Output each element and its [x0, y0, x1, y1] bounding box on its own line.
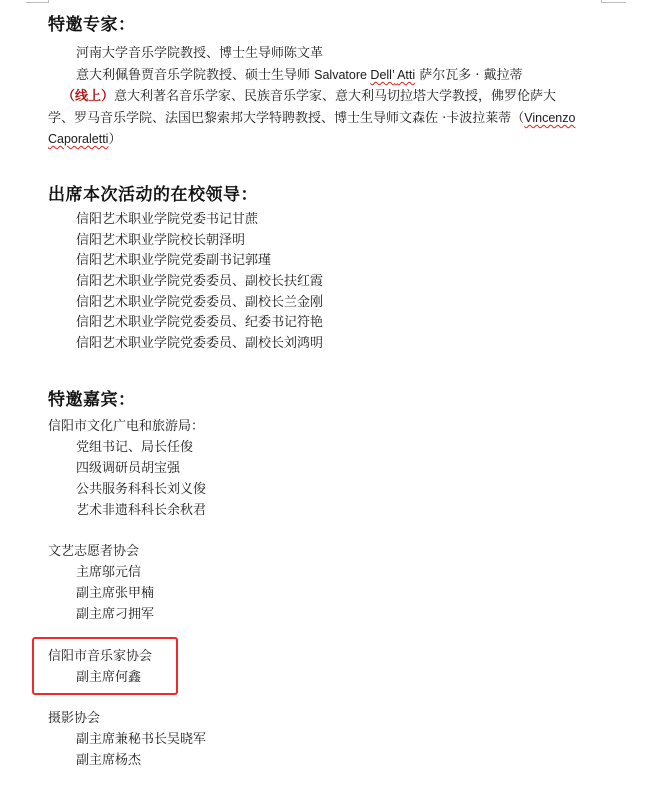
leaders-heading: 出席本次活动的在校领导： — [48, 180, 258, 205]
page-margin-mark-right — [601, 0, 626, 3]
guest-member: 党组书记、局长任俊 — [76, 439, 193, 457]
expert-line: 河南大学音乐学院教授、博士生导师陈文革 — [76, 45, 323, 63]
leader-item: 信阳艺术职业学院党委委员、副校长刘鸿明 — [76, 335, 323, 353]
expert-text: 意大利佩鲁贾音乐学院教授、硕士生导师 — [76, 68, 314, 83]
guest-member: 副主席兼秘书长吴晓军 — [76, 731, 206, 749]
guest-member: 副主席刁拥军 — [76, 606, 154, 624]
leader-item: 信阳艺术职业学院党委书记甘蔗 — [76, 211, 258, 229]
guest-member: 副主席杨杰 — [76, 752, 141, 770]
expert-line: 意大利佩鲁贾音乐学院教授、硕士生导师 Salvatore Dell’ Atti … — [76, 66, 523, 85]
leader-item: 信阳艺术职业学院党委委员、副校长扶红霞 — [76, 273, 323, 291]
guest-member: 四级调研员胡宝强 — [76, 460, 180, 478]
page-margin-mark-left — [26, 0, 49, 3]
guest-org: 摄影协会 — [48, 710, 100, 728]
experts-heading: 特邀专家： — [48, 10, 136, 35]
leader-item: 信阳艺术职业学院校长朝泽明 — [76, 232, 245, 250]
leader-item: 信阳艺术职业学院党委委员、纪委书记符艳 — [76, 314, 323, 332]
guests-heading: 特邀嘉宾： — [48, 385, 136, 410]
guest-member: 主席邬元信 — [76, 564, 141, 582]
expert-line: Caporaletti） — [48, 130, 121, 149]
guest-org: 信阳市文化广电和旅游局： — [48, 418, 204, 436]
latin-name-spellcheck: Atti — [397, 68, 415, 82]
guest-org: 文艺志愿者协会 — [48, 543, 139, 561]
guest-member: 副主席张甲楠 — [76, 585, 154, 603]
guest-member: 副主席何鑫 — [76, 669, 141, 687]
online-tag: （线上） — [62, 89, 114, 104]
expert-line: 学、罗马音乐学院、法国巴黎索邦大学特聘教授、博士生导师文森佐 ·卡波拉莱蒂（Vi… — [48, 109, 575, 128]
guest-member: 艺术非遗科科长余秋君 — [76, 502, 206, 520]
leader-item: 信阳艺术职业学院党委副书记郭瑾 — [76, 252, 271, 270]
expert-text: 萨尔瓦多 · 戴拉蒂 — [415, 68, 523, 83]
latin-name-spellcheck: Vincenzo — [524, 111, 575, 125]
latin-name-spellcheck: Dell’ — [370, 68, 394, 82]
expert-text: 学、罗马音乐学院、法国巴黎索邦大学特聘教授、博士生导师文森佐 ·卡波拉莱蒂（ — [48, 111, 524, 126]
guest-org-highlighted: 信阳市音乐家协会 — [48, 648, 152, 666]
expert-text: ） — [108, 132, 121, 147]
expert-text: 意大利著名音乐学家、民族音乐学家、意大利马切拉塔大学教授，佛罗伦萨大 — [114, 89, 556, 104]
latin-name-spellcheck: Caporaletti — [48, 132, 108, 146]
guest-member: 公共服务科科长刘义俊 — [76, 481, 206, 499]
latin-name: Salvatore — [314, 68, 370, 82]
expert-line: （线上）意大利著名音乐学家、民族音乐学家、意大利马切拉塔大学教授，佛罗伦萨大 — [62, 88, 556, 106]
leader-item: 信阳艺术职业学院党委委员、副校长兰金刚 — [76, 294, 323, 312]
